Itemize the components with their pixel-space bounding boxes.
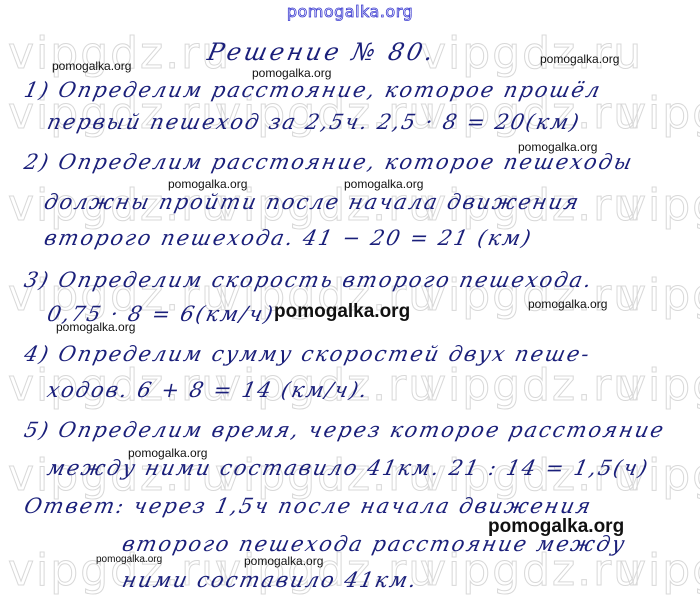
- step-3-line-1: 3) Определим скорость второго пешехода.: [22, 268, 596, 292]
- background-watermark: vipgdz.ru: [620, 545, 700, 596]
- site-watermark: pomogalka.org: [96, 554, 162, 565]
- step-1-line-1: 1) Определим расстояние, которое прошёл: [22, 78, 604, 102]
- solution-title: Решение № 80.: [205, 38, 439, 66]
- site-watermark: pomogalka.org: [52, 59, 131, 73]
- step-4-line-2: ходов. 6 + 8 = 14 (км/ч).: [45, 378, 371, 402]
- document-page: vipgdz.ru vipgdz.ru vipgdz.ru vipgdz.ru …: [0, 0, 700, 613]
- site-watermark: pomogalka.org: [56, 320, 135, 334]
- step-2-line-3: второго пешехода. 41 − 20 = 21 (км): [42, 226, 535, 250]
- site-watermark-large: pomogalka.org: [488, 516, 624, 538]
- step-4-line-1: 4) Определим сумму скоростей двух пеше-: [22, 342, 593, 366]
- step-2-line-2: должны пройти после начала движения: [42, 190, 583, 214]
- background-watermark: vipgdz.ru: [620, 360, 700, 411]
- site-watermark-top: pomogalka.org: [0, 2, 700, 21]
- site-watermark: pomogalka.org: [518, 140, 597, 154]
- background-watermark: vipgdz.ru: [620, 88, 700, 139]
- site-watermark: pomogalka.org: [528, 297, 607, 311]
- background-watermark: vipgdz.ru: [420, 360, 643, 411]
- site-watermark: pomogalka.org: [244, 554, 323, 568]
- site-watermark: pomogalka.org: [128, 446, 207, 460]
- site-watermark: pomogalka.org: [540, 52, 619, 66]
- site-watermark-large: pomogalka.org: [274, 301, 410, 323]
- answer-line-3: ними составило 41км.: [120, 568, 420, 592]
- site-watermark: pomogalka.org: [344, 177, 423, 191]
- background-watermark: vipgdz.ru: [620, 180, 700, 231]
- site-watermark: pomogalka.org: [168, 177, 247, 191]
- answer-line-1: Ответ: через 1,5ч после начала движения: [22, 494, 595, 518]
- step-1-line-2: первый пешеход за 2,5ч. 2,5 · 8 = 20(км): [45, 110, 583, 134]
- step-5-line-1: 5) Определим время, через которое рассто…: [22, 418, 668, 442]
- site-watermark: pomogalka.org: [252, 66, 331, 80]
- background-watermark: vipgdz.ru: [620, 270, 700, 321]
